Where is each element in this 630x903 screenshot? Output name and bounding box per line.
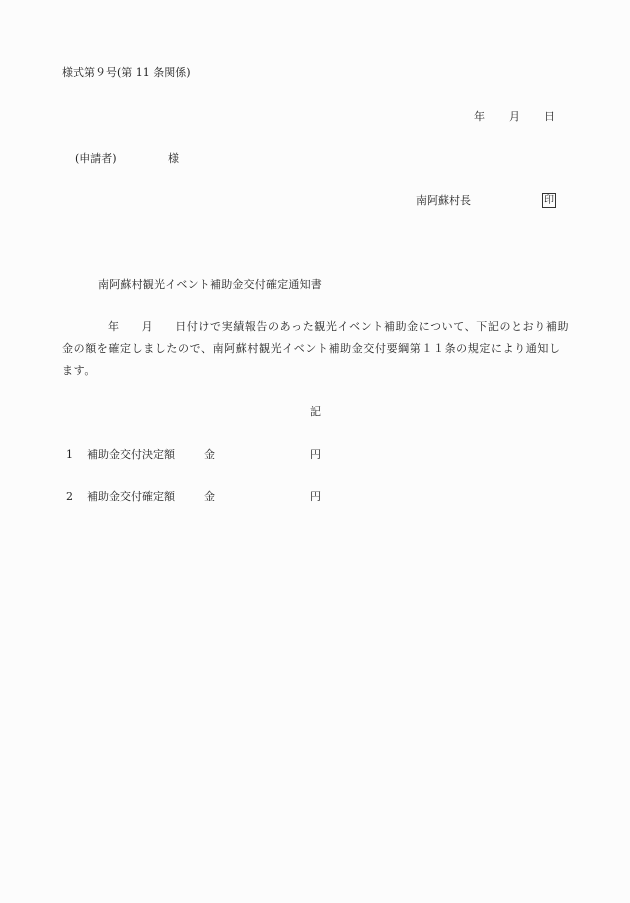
- form-number: 様式第９号(第 11 条関係): [62, 67, 191, 78]
- item-prefix: 金: [204, 491, 215, 502]
- applicant-label: (申請者): [75, 153, 117, 164]
- item-label: 補助金交付決定額: [87, 449, 175, 460]
- body-text: 日付けで実績報告のあった観光イベント補助金について、下記のとおり補助金の額を確定…: [62, 320, 569, 377]
- body-paragraph: 年月日付けで実績報告のあった観光イベント補助金について、下記のとおり補助金の額を…: [62, 316, 572, 382]
- applicant-honorific: 様: [168, 153, 179, 164]
- date-month: 月: [509, 111, 520, 122]
- item-number: 1: [66, 449, 73, 460]
- item-prefix: 金: [204, 449, 215, 460]
- issuer-name: 南阿蘇村長: [416, 195, 471, 206]
- document-title: 南阿蘇村観光イベント補助金交付確定通知書: [98, 279, 322, 290]
- date-year: 年: [474, 111, 485, 122]
- body-month: 月: [142, 320, 154, 333]
- item-number: 2: [66, 491, 73, 502]
- date-day: 日: [544, 111, 555, 122]
- item-label: 補助金交付確定額: [87, 491, 175, 502]
- ki-heading: 記: [310, 406, 321, 417]
- item-unit: 円: [310, 491, 321, 502]
- body-year: 年: [108, 320, 120, 333]
- seal-icon: 印: [542, 193, 556, 208]
- item-unit: 円: [310, 449, 321, 460]
